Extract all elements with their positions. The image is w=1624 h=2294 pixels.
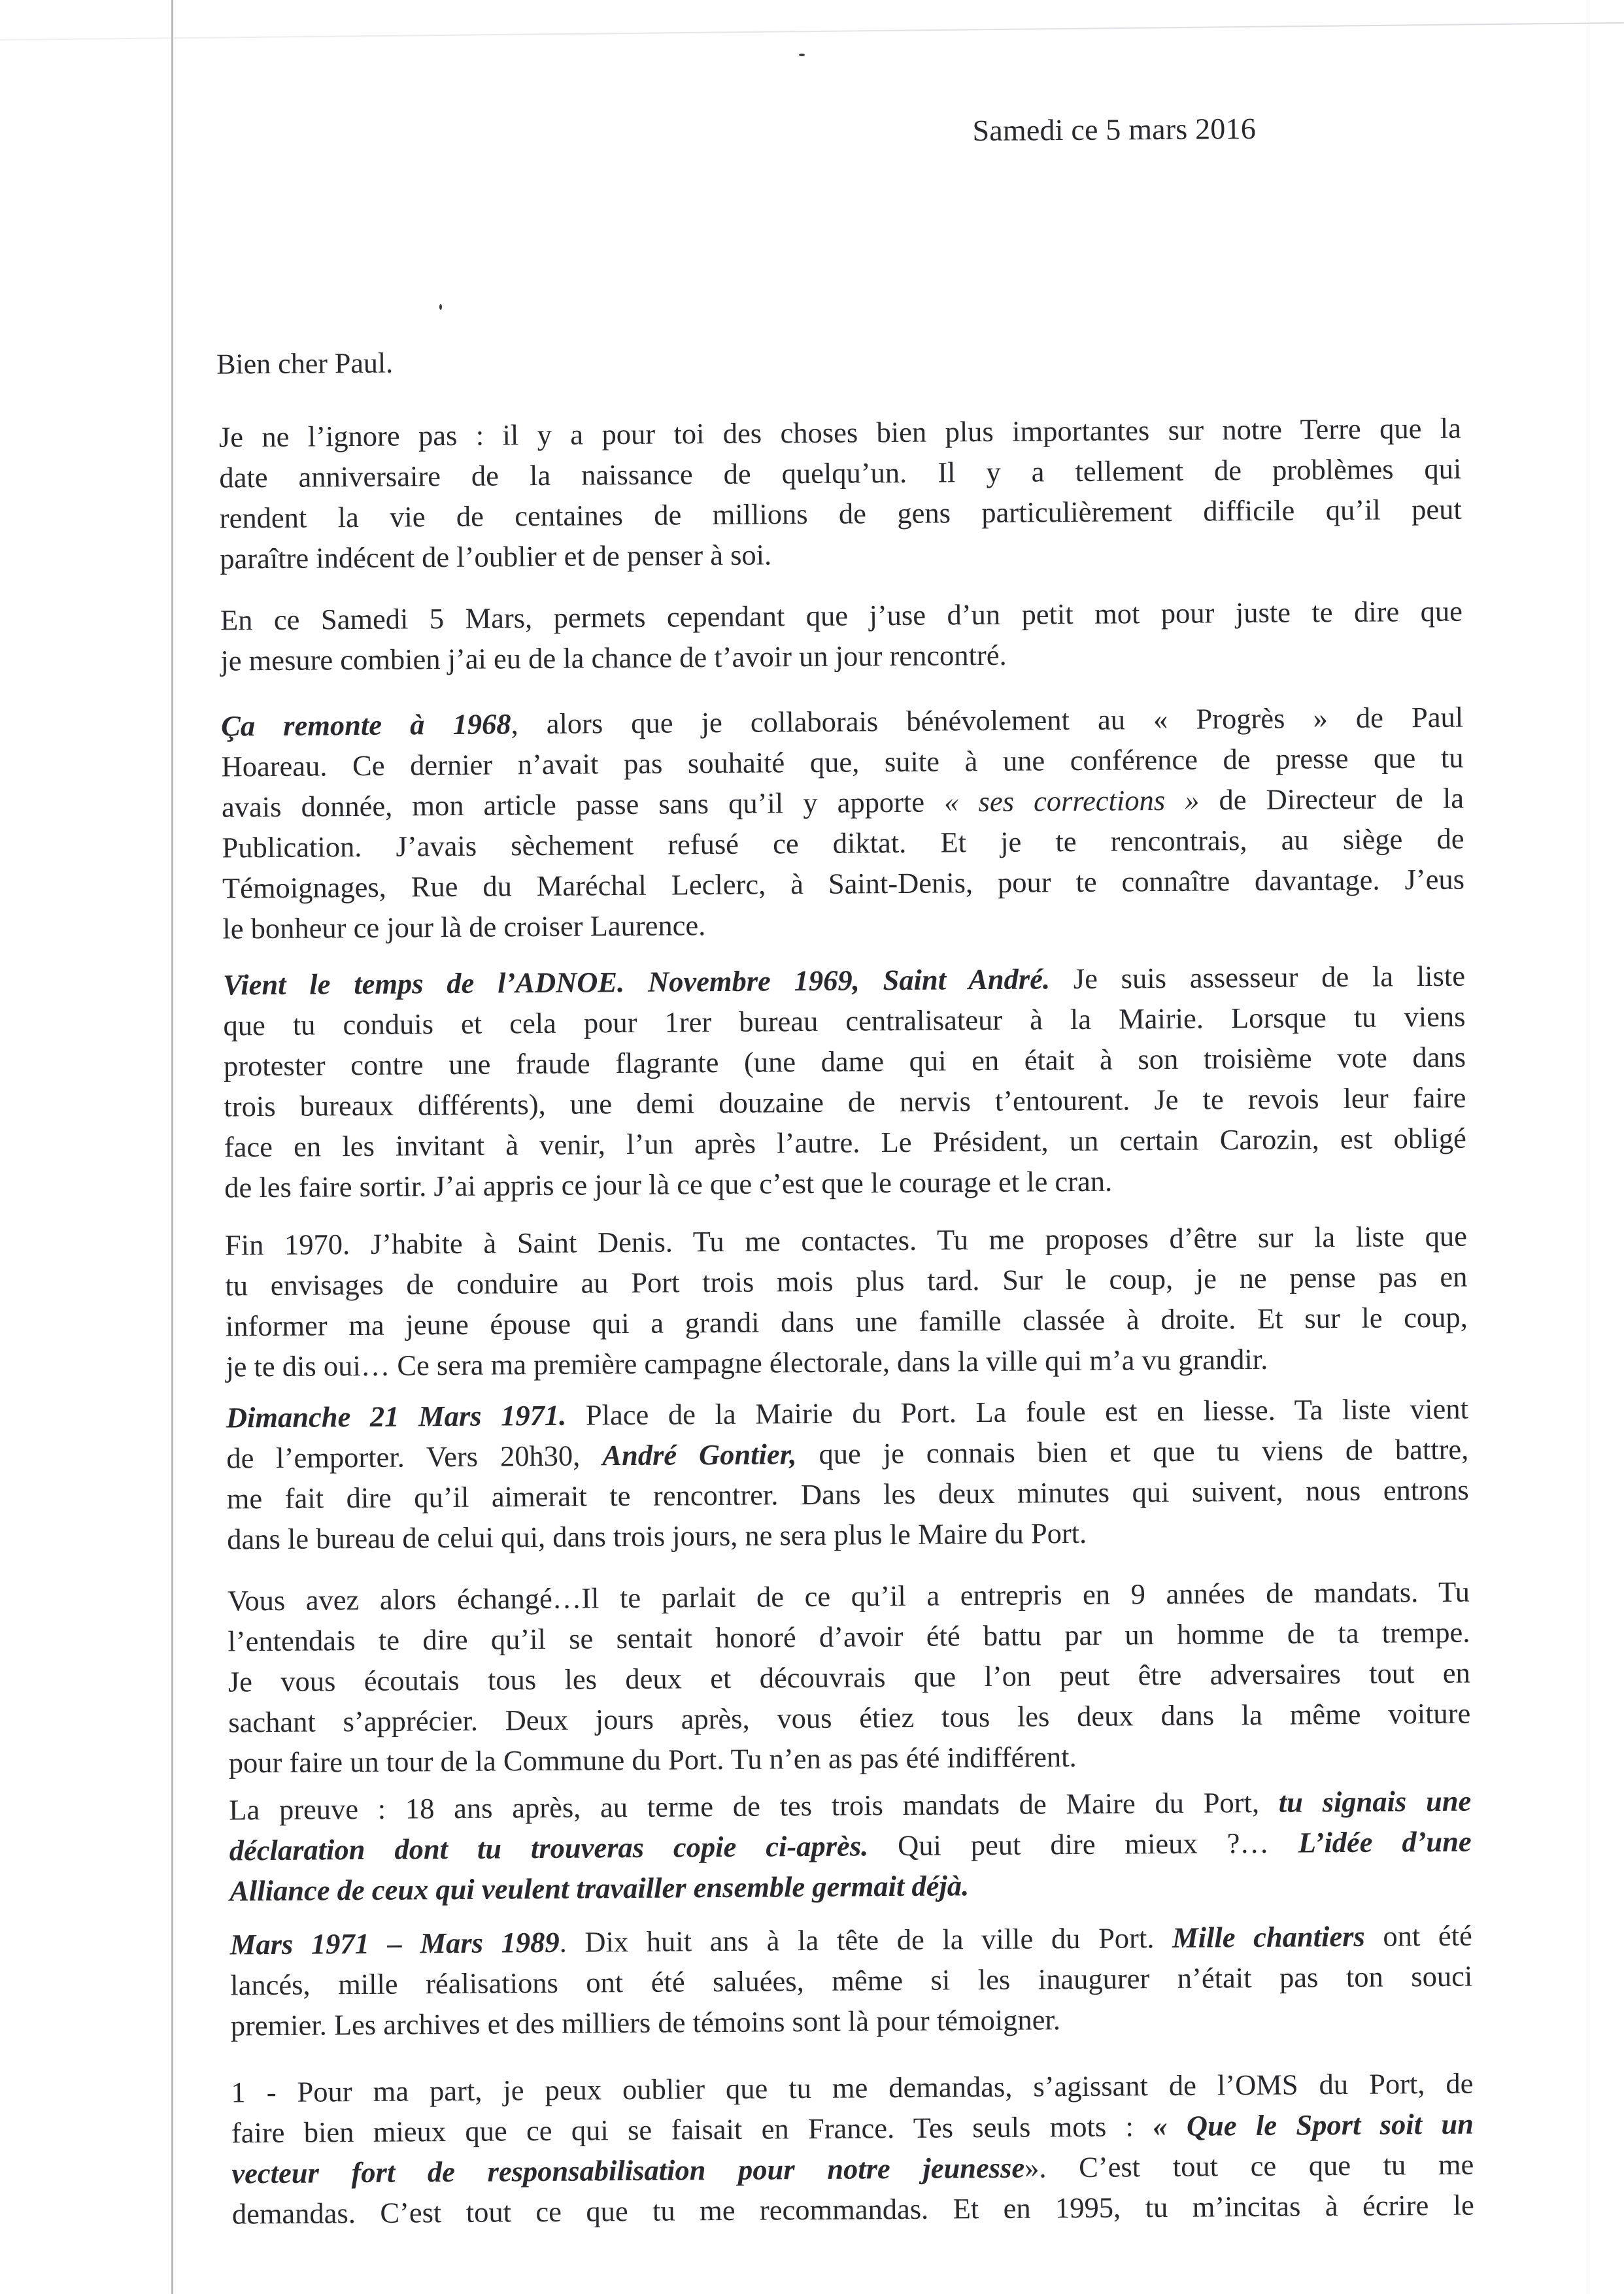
body-text: faire bien mieux que ce qui se faisait e… bbox=[231, 2110, 1153, 2149]
emphasis-text: Mille chantiers bbox=[1172, 1920, 1365, 1954]
emphasis-text: Dimanche 21 Mars 1971. bbox=[226, 1399, 567, 1434]
body-text: Fin 1970. J’habite à Saint Denis. Tu me … bbox=[225, 1220, 1467, 1262]
body-text: date anniversaire de la naissance de que… bbox=[219, 452, 1461, 494]
body-text: protester contre une fraude flagrante (u… bbox=[224, 1041, 1466, 1083]
body-text: Témoignages, Rue du Maréchal Leclerc, à … bbox=[222, 863, 1464, 905]
text-line: dans le bureau de celui qui, dans trois … bbox=[227, 1510, 1469, 1560]
body-text: de les faire sortir. J’ai appris ce jour… bbox=[224, 1165, 1112, 1204]
body-text: pour faire un tour de la Commune du Port… bbox=[229, 1740, 1077, 1780]
paragraph: En ce Samedi 5 Mars, permets cependant q… bbox=[220, 591, 1463, 681]
body-text: trois bureaux différents), une demi douz… bbox=[224, 1081, 1466, 1123]
paragraph: 1 - Pour ma part, je peux oublier que tu… bbox=[231, 2063, 1474, 2235]
body-text: . Dix huit ans à la tête de la ville du … bbox=[559, 1921, 1172, 1959]
body-text: Hoareau. Ce dernier n’avait pas souhaité… bbox=[221, 741, 1463, 783]
text-line: paraître indécent de l’oublier et de pen… bbox=[220, 530, 1462, 579]
paragraph: Ça remonte à 1968, alors que je collabor… bbox=[221, 697, 1465, 949]
emphasis-text: Vient le temps de l’ADNOE. Novembre 1969… bbox=[223, 962, 1050, 1001]
text-line: je mesure combien j’ai eu de la chance d… bbox=[220, 632, 1463, 681]
body-text: avais donnée, mon article passe sans qu’… bbox=[222, 785, 944, 823]
body-text: Je suis assesseur de la liste bbox=[1050, 960, 1465, 996]
paragraph: La preuve : 18 ans après, au terme de te… bbox=[229, 1781, 1472, 1912]
text-line: de les faire sortir. J’ai appris ce jour… bbox=[224, 1158, 1466, 1208]
paragraph: Fin 1970. J’habite à Saint Denis. Tu me … bbox=[225, 1216, 1468, 1387]
paragraph: Je ne l’ignore pas : il y a pour toi des… bbox=[219, 408, 1463, 579]
body-text: Place de la Mairie du Port. La foule est… bbox=[566, 1392, 1468, 1432]
body-text: de l’emporter. Vers 20h30, bbox=[226, 1439, 602, 1474]
body-text: de Directeur de la bbox=[1199, 782, 1464, 817]
body-text: , alors que je collaborais bénévolement … bbox=[511, 701, 1463, 741]
emphasis-text: L’idée d’une bbox=[1298, 1825, 1472, 1859]
text-line: je te dis oui… Ce sera ma première campa… bbox=[226, 1338, 1468, 1387]
body-text: ont été bbox=[1365, 1919, 1472, 1953]
body-text: face en les invitant à venir, l’un après… bbox=[224, 1122, 1466, 1164]
letter-date: Samedi ce 5 mars 2016 bbox=[972, 111, 1256, 148]
emphasis-text: tu signais une bbox=[1279, 1785, 1472, 1819]
body-text: je te dis oui… Ce sera ma première campa… bbox=[226, 1343, 1268, 1383]
body-text: En ce Samedi 5 Mars, permets cependant q… bbox=[220, 595, 1463, 637]
body-text: lancés, mille réalisations ont été salué… bbox=[230, 1960, 1472, 2002]
body-text: dans le bureau de celui qui, dans trois … bbox=[227, 1517, 1087, 1556]
letter-page: Samedi ce 5 mars 2016 Bien cher Paul. Je… bbox=[0, 0, 1624, 2294]
emphasis-text: André Gontier, bbox=[602, 1438, 797, 1472]
text-line: premier. Les archives et des milliers de… bbox=[230, 1997, 1472, 2046]
text-line: demandas. C’est tout ce que tu me recomm… bbox=[232, 2185, 1474, 2235]
paragraph: Mars 1971 – Mars 1989. Dix huit ans à la… bbox=[230, 1915, 1473, 2046]
body-text: que je connais bien et que tu viens de b… bbox=[796, 1433, 1468, 1471]
text-line: Alliance de ceux qui veulent travailler … bbox=[229, 1862, 1472, 1912]
body-text: je mesure combien j’ai eu de la chance d… bbox=[220, 639, 1007, 677]
body-text: l’entendais te dire qu’il se sentait hon… bbox=[228, 1616, 1470, 1658]
emphasis-text: vecteur fort de responsabilisation pour … bbox=[231, 2151, 1024, 2190]
text-line: le bonheur ce jour là de croiser Laurenc… bbox=[222, 900, 1464, 949]
body-text: Publication. J’avais sèchement refusé ce… bbox=[222, 822, 1464, 864]
emphasis-text: « ses corrections » bbox=[944, 784, 1200, 818]
body-text: sachant s’apprécier. Deux jours après, v… bbox=[228, 1697, 1470, 1739]
body-text: demandas. C’est tout ce que tu me recomm… bbox=[232, 2189, 1474, 2231]
body-text: 1 - Pour ma part, je peux oublier que tu… bbox=[231, 2067, 1473, 2109]
letter-salutation: Bien cher Paul. bbox=[216, 346, 393, 381]
emphasis-text: « Que le Sport soit un bbox=[1153, 2108, 1474, 2143]
body-text: ». C’est tout ce que tu me bbox=[1024, 2148, 1474, 2184]
emphasis-text: Ça remonte à 1968 bbox=[221, 707, 511, 742]
body-text: Je vous écoutais tous les deux et découv… bbox=[228, 1657, 1470, 1698]
body-text: tu envisages de conduire au Port trois m… bbox=[225, 1260, 1467, 1302]
body-text: me fait dire qu’il aimerait te rencontre… bbox=[227, 1474, 1469, 1515]
text-line: pour faire un tour de la Commune du Port… bbox=[229, 1734, 1471, 1783]
body-text: le bonheur ce jour là de croiser Laurenc… bbox=[222, 909, 705, 945]
body-text: rendent la vie de centaines de millions … bbox=[220, 493, 1462, 535]
body-text: Vous avez alors échangé…Il te parlait de… bbox=[228, 1576, 1470, 1617]
body-text: informer ma jeune épouse qui a grandi da… bbox=[226, 1301, 1468, 1343]
paragraph: Dimanche 21 Mars 1971. Place de la Mairi… bbox=[226, 1389, 1470, 1560]
paragraph: Vient le temps de l’ADNOE. Novembre 1969… bbox=[223, 956, 1467, 1208]
emphasis-text: Mars 1971 – Mars 1989 bbox=[230, 1926, 560, 1961]
body-text: Qui peut dire mieux ?… bbox=[868, 1827, 1298, 1863]
body-text: premier. Les archives et des milliers de… bbox=[231, 2003, 1061, 2042]
paragraph: Vous avez alors échangé…Il te parlait de… bbox=[228, 1572, 1471, 1783]
body-text: paraître indécent de l’oublier et de pen… bbox=[220, 538, 771, 575]
emphasis-text: Alliance de ceux qui veulent travailler … bbox=[229, 1869, 969, 1907]
body-text: La preuve : 18 ans après, au terme de te… bbox=[229, 1786, 1279, 1827]
body-text: Je ne l’ignore pas : il y a pour toi des… bbox=[219, 412, 1461, 454]
emphasis-text: déclaration dont tu trouveras copie ci-a… bbox=[229, 1829, 869, 1866]
body-text: que tu conduis et cela pour 1rer bureau … bbox=[223, 1000, 1465, 1042]
